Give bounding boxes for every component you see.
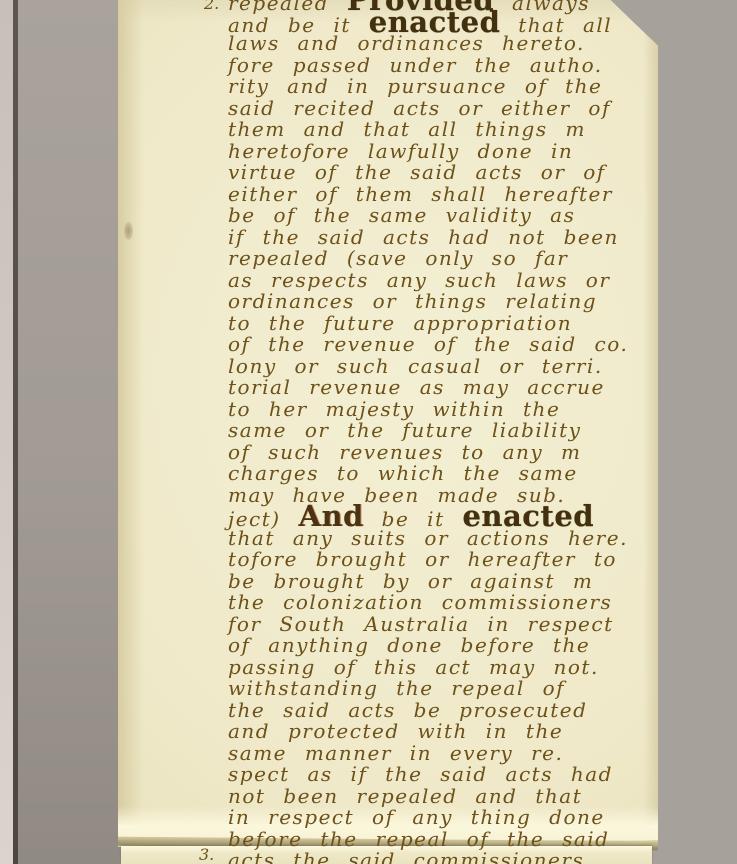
handwritten-text: be of the same validity as bbox=[228, 203, 575, 227]
handwritten-text: of anything done before the bbox=[228, 633, 590, 657]
handwritten-text: and protected with in the bbox=[228, 719, 563, 743]
handwritten-text: same manner in every re. bbox=[228, 741, 563, 765]
manuscript-line: withstanding the repeal of bbox=[228, 678, 678, 700]
manuscript-line: and protected with in the bbox=[228, 721, 678, 743]
handwritten-text: passing of this act may not. bbox=[228, 655, 599, 679]
handwritten-text: spect as if the said acts had bbox=[228, 762, 613, 786]
manuscript-line: ordinances or things relating bbox=[228, 291, 678, 313]
manuscript-line: for South Australia in respect bbox=[228, 614, 678, 636]
manuscript-line: before the repeal of the said bbox=[228, 829, 678, 851]
manuscript-line: as respects any such laws or bbox=[228, 270, 678, 292]
parchment-ink-fleck bbox=[124, 222, 133, 240]
manuscript-line: virtue of the said acts or of bbox=[228, 162, 678, 184]
manuscript-line: same or the future liability bbox=[228, 420, 678, 442]
handwritten-text: fore passed under the autho. bbox=[228, 53, 603, 77]
manuscript-line: of such revenues to any m bbox=[228, 442, 678, 464]
manuscript-line: spect as if the said acts had bbox=[228, 764, 678, 786]
handwritten-text: heretofore lawfully done in bbox=[228, 139, 573, 163]
handwritten-text: acts the said commissioners bbox=[228, 848, 584, 864]
manuscript-line: of the revenue of the said co. bbox=[228, 334, 678, 356]
manuscript-line: either of them shall hereafter bbox=[228, 184, 678, 206]
handwritten-text: the colonization commissioners bbox=[228, 590, 612, 614]
manuscript-line: in respect of any thing done bbox=[228, 807, 678, 829]
manuscript-line: to the future appropriation bbox=[228, 313, 678, 335]
manuscript-line: rity and in pursuance of the bbox=[228, 76, 678, 98]
section-number-3: 3. bbox=[199, 845, 214, 864]
handwritten-text: said recited acts or either of bbox=[228, 96, 611, 120]
handwritten-text: ordinances or things relating bbox=[228, 289, 597, 313]
handwritten-text: rity and in pursuance of the bbox=[228, 74, 602, 98]
manuscript-line: acts the said commissioners bbox=[228, 850, 678, 864]
handwritten-text: for South Australia in respect bbox=[228, 612, 614, 636]
manuscript-line: to her majesty within the bbox=[228, 399, 678, 421]
handwritten-text: to the future appropriation bbox=[228, 311, 572, 335]
handwritten-text: same or the future liability bbox=[228, 418, 581, 442]
manuscript-line: said recited acts or either of bbox=[228, 98, 678, 120]
handwritten-text: if the said acts had not been bbox=[228, 225, 619, 249]
handwritten-text: them and that all things m bbox=[228, 117, 586, 141]
manuscript-text-block: repealed Provided alwaysand be it enacte… bbox=[228, 0, 678, 864]
handwritten-text: before the repeal of the said bbox=[228, 827, 609, 851]
manuscript-line: charges to which the same bbox=[228, 463, 678, 485]
handwritten-text: either of them shall hereafter bbox=[228, 182, 613, 206]
manuscript-line: and be it enacted that all bbox=[228, 12, 678, 34]
manuscript-line: heretofore lawfully done in bbox=[228, 141, 678, 163]
manuscript-line: repealed (save only so far bbox=[228, 248, 678, 270]
handwritten-text: torial revenue as may accrue bbox=[228, 375, 605, 399]
manuscript-line: ject) And be it enacted bbox=[228, 506, 678, 528]
handwritten-text: of such revenues to any m bbox=[228, 440, 582, 464]
manuscript-line: them and that all things m bbox=[228, 119, 678, 141]
backdrop-left-light-strip bbox=[0, 0, 13, 864]
handwritten-text: be brought by or against m bbox=[228, 569, 593, 593]
manuscript-line: same manner in every re. bbox=[228, 743, 678, 765]
manuscript-line: fore passed under the autho. bbox=[228, 55, 678, 77]
section-number-2: 2. bbox=[204, 0, 219, 13]
handwritten-text: laws and ordinances hereto. bbox=[228, 31, 585, 55]
manuscript-line: tofore brought or hereafter to bbox=[228, 549, 678, 571]
manuscript-photo: 2. 3. repealed Provided alwaysand be it … bbox=[0, 0, 737, 864]
handwritten-text: charges to which the same bbox=[228, 461, 578, 485]
manuscript-line: if the said acts had not been bbox=[228, 227, 678, 249]
handwritten-text: lony or such casual or terri. bbox=[228, 354, 603, 378]
manuscript-line: the said acts be prosecuted bbox=[228, 700, 678, 722]
manuscript-line: be of the same validity as bbox=[228, 205, 678, 227]
backdrop-gray-band bbox=[18, 0, 122, 864]
manuscript-line: of anything done before the bbox=[228, 635, 678, 657]
handwritten-text: as respects any such laws or bbox=[228, 268, 610, 292]
handwritten-text: withstanding the repeal of bbox=[228, 676, 565, 700]
handwritten-text: of the revenue of the said co. bbox=[228, 332, 628, 356]
handwritten-text: in respect of any thing done bbox=[228, 805, 605, 829]
manuscript-line: be brought by or against m bbox=[228, 571, 678, 593]
manuscript-line: may have been made sub. bbox=[228, 485, 678, 507]
manuscript-line: passing of this act may not. bbox=[228, 657, 678, 679]
handwritten-text: virtue of the said acts or of bbox=[228, 160, 606, 184]
handwritten-text: to her majesty within the bbox=[228, 397, 560, 421]
handwritten-text: the said acts be prosecuted bbox=[228, 698, 587, 722]
handwritten-text: tofore brought or hereafter to bbox=[228, 547, 617, 571]
manuscript-line: not been repealed and that bbox=[228, 786, 678, 808]
handwritten-text: repealed (save only so far bbox=[228, 246, 568, 270]
manuscript-line: the colonization commissioners bbox=[228, 592, 678, 614]
handwritten-text: not been repealed and that bbox=[228, 784, 582, 808]
handwritten-text: that any suits or actions here. bbox=[228, 526, 628, 550]
manuscript-line: that any suits or actions here. bbox=[228, 528, 678, 550]
manuscript-line: torial revenue as may accrue bbox=[228, 377, 678, 399]
manuscript-line: lony or such casual or terri. bbox=[228, 356, 678, 378]
